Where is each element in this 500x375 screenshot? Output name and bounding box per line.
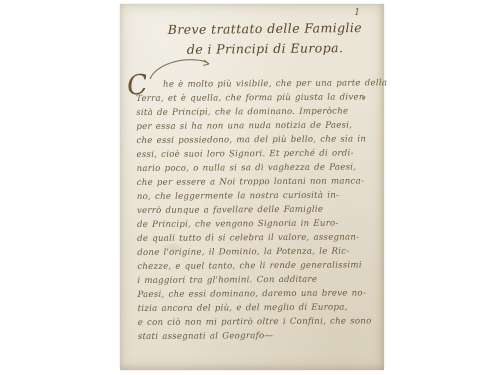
manuscript-title: Breve trattato delle Famiglie de i Princ… xyxy=(162,18,368,60)
paper-stain xyxy=(362,96,365,100)
body-line: che per essere a Noi troppo lontani non … xyxy=(137,174,377,190)
manuscript-body: he è molto più visibile, che per una par… xyxy=(136,76,378,344)
body-line: stati assegnati al Geografo— xyxy=(138,328,378,344)
scan-background: 1 Breve trattato delle Famiglie de i Pri… xyxy=(0,0,500,375)
body-line: chezze, e quel tanto, che li rende gener… xyxy=(137,258,377,274)
title-line-1: Breve trattato delle Famiglie xyxy=(162,18,368,40)
paper-stain xyxy=(160,242,186,256)
body-line: e con ciò non mi partirò oltre i Confini… xyxy=(138,314,378,330)
manuscript-page: 1 Breve trattato delle Famiglie de i Pri… xyxy=(120,4,384,370)
page-number: 1 xyxy=(354,8,360,18)
